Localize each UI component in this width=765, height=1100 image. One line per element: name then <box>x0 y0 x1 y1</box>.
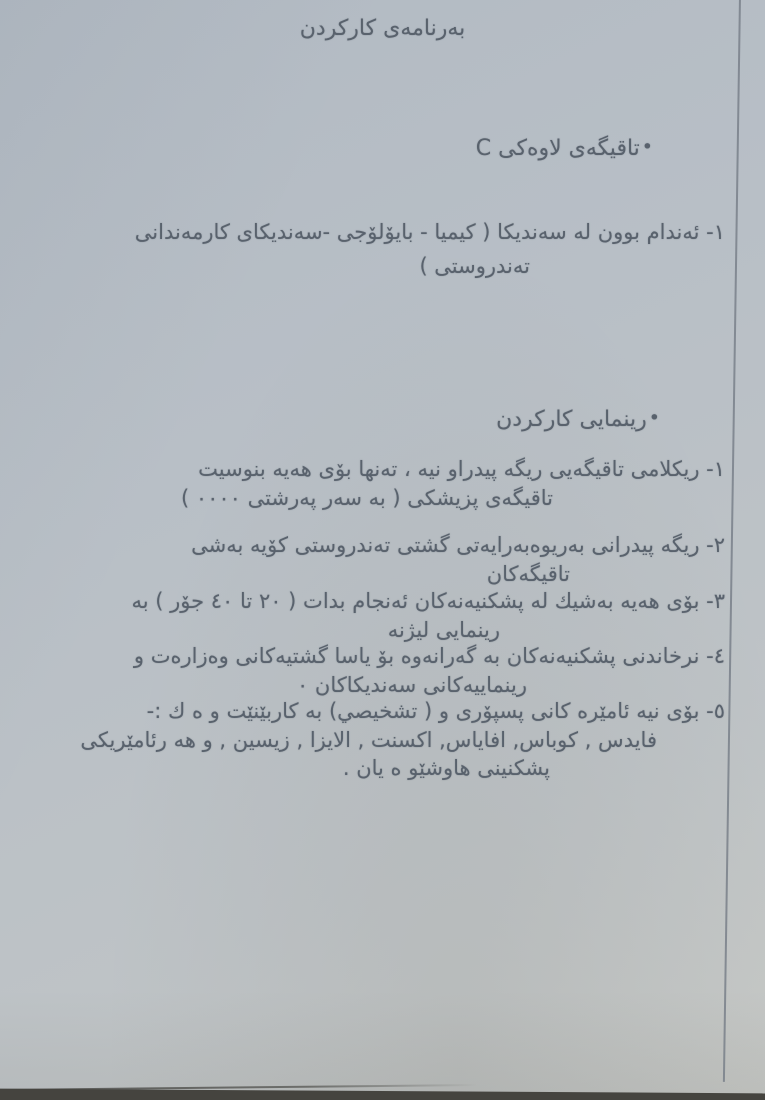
text-line: ٣- بۆی هەیە بەشیك لە پشکنیەنەکان ئەنجام … <box>131 587 725 616</box>
paper-right-edge-line <box>723 0 741 1082</box>
guideline-item-1: ١- ریکلامی تاقیگەیی ریگە پیدراو نیە ، تە… <box>181 455 725 512</box>
text-line: ٥- بۆی نیە ئامێرە کانی پسپۆری و ( تشخیصي… <box>80 697 725 726</box>
text-line: ١- ئەندام بوون لە سەندیکا ( کیمیا - بایۆ… <box>135 215 725 249</box>
text-line: رینماییەکانی سەندیکاکان ٠ <box>134 671 527 700</box>
secondary-lab-heading: •تاقیگەی لاوەکی C <box>476 136 653 161</box>
bullet-icon: • <box>642 136 653 158</box>
guideline-item-5: ٥- بۆی نیە ئامێرە کانی پسپۆری و ( تشخیصي… <box>80 697 725 783</box>
text-line: فایدس , کوباس, افایاس, اکسنت , الایزا , … <box>80 726 657 755</box>
text-line: ٤- نرخاندنی پشکنیەنەکان بە گەرانەوە بۆ ی… <box>134 642 725 671</box>
text-line: تەندروستی ) <box>135 249 530 283</box>
guidelines-heading-text: رینمایی کارکردن <box>496 407 647 432</box>
text-line: ١- ریکلامی تاقیگەیی ریگە پیدراو نیە ، تە… <box>181 455 725 484</box>
scanned-document-page: بەرنامەی کارکردن •تاقیگەی لاوەکی C ١- ئە… <box>0 0 765 1100</box>
guideline-item-2: ٢- ریگە پیدرانی بەریوەبەرایەتی گشتی تەند… <box>191 531 725 588</box>
text-line: تاقیگەکان <box>191 560 570 589</box>
membership-item: ١- ئەندام بوون لە سەندیکا ( کیمیا - بایۆ… <box>135 215 725 283</box>
guidelines-heading: •رینمایی کارکردن <box>496 407 660 432</box>
desk-edge-band <box>0 1089 765 1100</box>
guideline-item-3: ٣- بۆی هەیە بەشیك لە پشکنیەنەکان ئەنجام … <box>131 587 725 644</box>
document-title: بەرنامەی کارکردن <box>0 16 765 41</box>
guideline-item-4: ٤- نرخاندنی پشکنیەنەکان بە گەرانەوە بۆ ی… <box>134 642 725 699</box>
text-line: ٢- ریگە پیدرانی بەریوەبەرایەتی گشتی تەند… <box>191 531 725 560</box>
secondary-lab-heading-text: تاقیگەی لاوەکی C <box>476 136 640 161</box>
bullet-icon: • <box>649 407 660 429</box>
text-line: پشکنینی هاوشێو ە یان . <box>80 754 550 783</box>
text-line: رینمایی لیژنە <box>131 616 500 645</box>
text-line: تاقیگەی پزیشکی ( بە سەر پەرشتی ٠٠٠٠ ) <box>181 484 553 513</box>
